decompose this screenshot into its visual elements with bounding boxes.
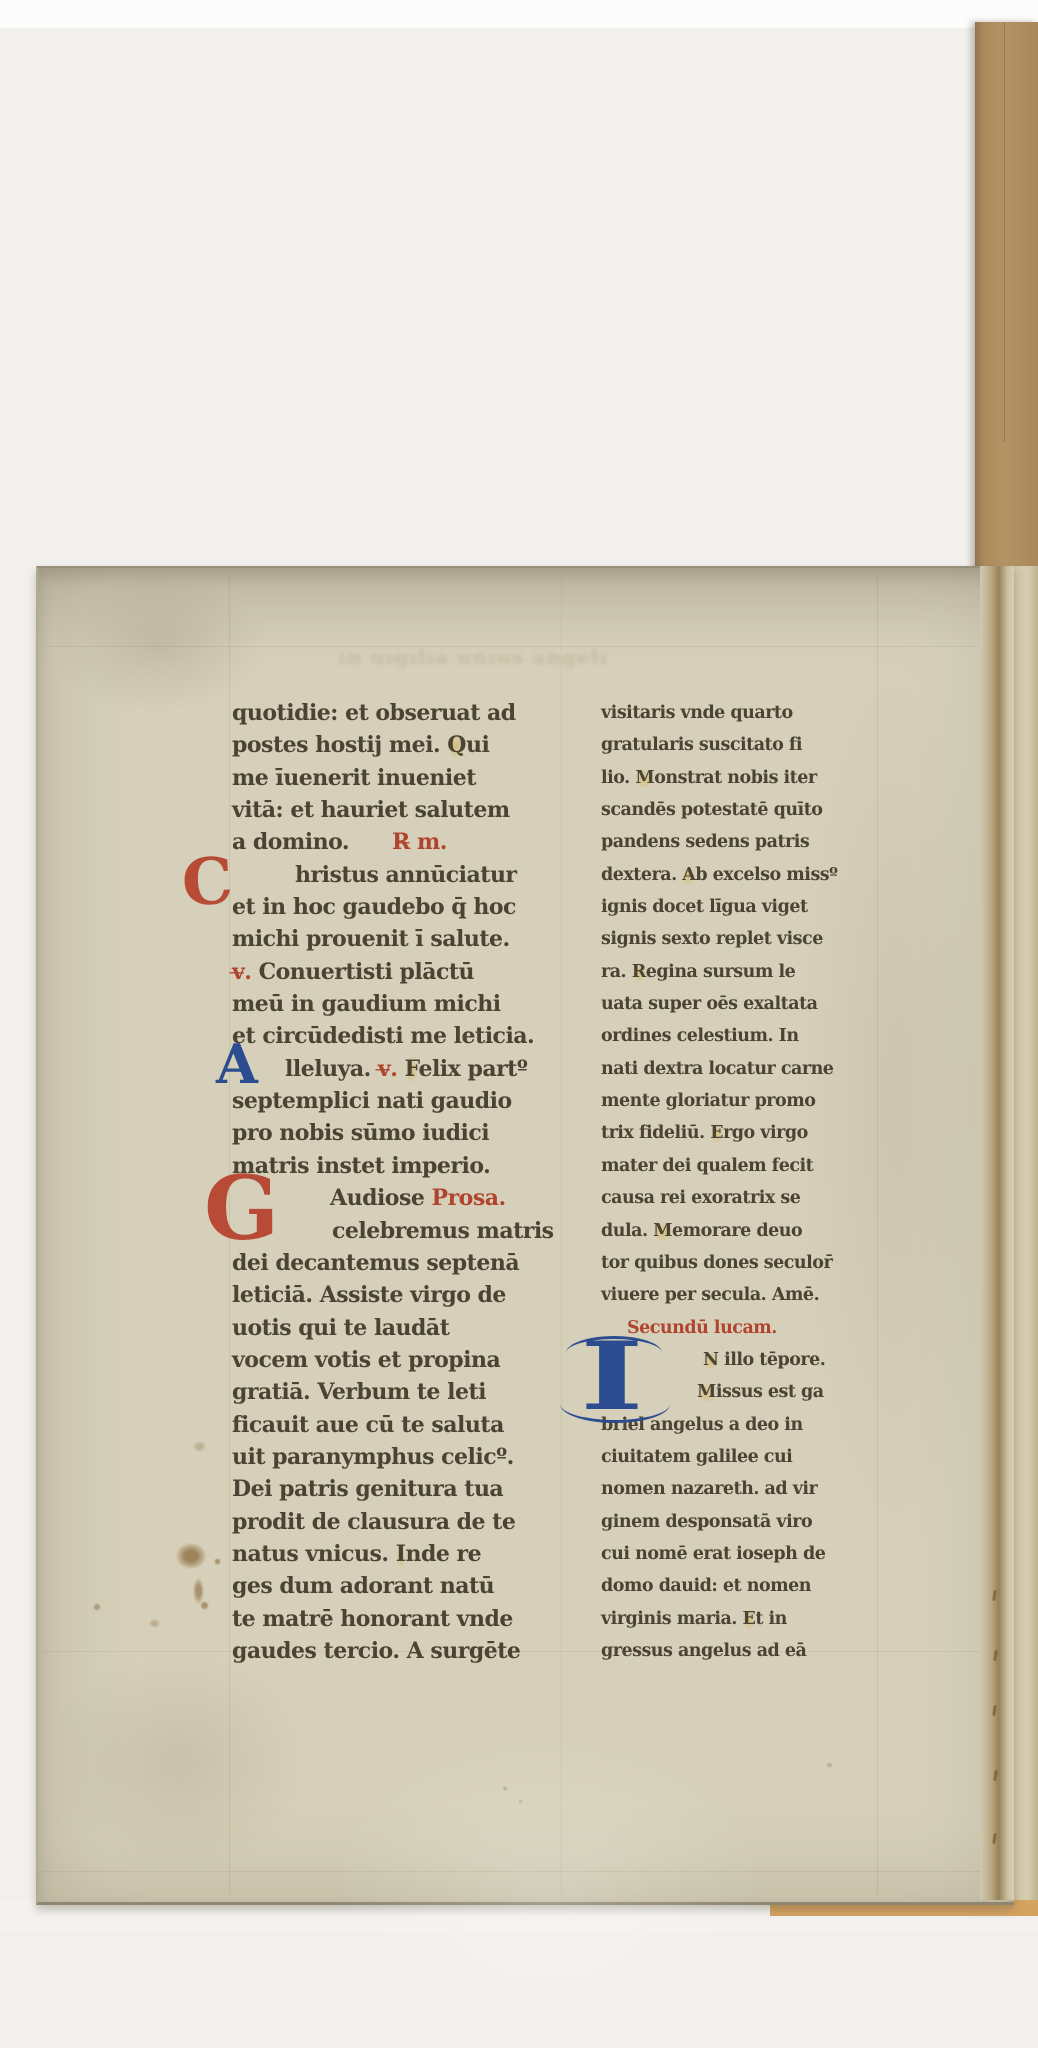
text-line: leticiā. Assiste virgo de	[232, 1279, 554, 1311]
text-line: viuere per secula. Amē.	[601, 1279, 837, 1311]
body-text: emorare deuo	[672, 1221, 802, 1241]
illuminated-initial-a: A	[216, 1037, 258, 1091]
manuscript-photo: ın uıgılıa unıus angelı quotidie: et obs…	[0, 0, 1038, 1932]
body-text: ui	[466, 732, 489, 758]
body-text: michi prouenit ī salute.	[232, 926, 510, 952]
text-line: lleluya. v̶. Felix partº	[232, 1053, 554, 1085]
body-text: te matrē honorant vnde	[232, 1606, 513, 1632]
body-text: gratularis suscitato fi	[601, 735, 802, 755]
text-line: ordines celestium. In	[601, 1020, 837, 1052]
rubric-text: v̶.	[378, 1056, 405, 1082]
parchment-mottle	[338, 1748, 758, 1932]
text-line: prodit de clausura de te	[232, 1506, 554, 1538]
text-line: dei decantemus septenā	[232, 1247, 554, 1279]
body-text: b excelso missº	[695, 865, 837, 885]
body-text: A	[682, 865, 695, 885]
text-line: gaudes tercio. A surgēte	[232, 1635, 554, 1667]
body-text: dula.	[601, 1221, 653, 1241]
text-line: ginem desponsatā viro	[601, 1506, 837, 1538]
body-text: signis sexto replet visce	[601, 929, 823, 949]
body-text: gaudes tercio. A surgēte	[232, 1638, 520, 1664]
body-text: domo dauid: et nomen	[601, 1576, 811, 1596]
body-text: septemplici nati gaudio	[232, 1088, 512, 1114]
body-text: M	[697, 1382, 716, 1402]
body-text: prodit de clausura de te	[232, 1509, 515, 1535]
illuminated-initial-g: G	[204, 1164, 279, 1252]
text-line: matris instet imperio.	[232, 1150, 554, 1182]
stitch	[993, 1650, 998, 1661]
text-line: dula. Memorare deuo	[601, 1215, 837, 1247]
text-line: domo dauid: et nomen	[601, 1570, 837, 1602]
body-text: leticiā. Assiste virgo de	[232, 1282, 506, 1308]
body-text: mente gloriatur promo	[601, 1091, 815, 1111]
body-text: egina sursum le	[646, 962, 795, 982]
stitch	[993, 1770, 998, 1781]
body-text: N	[703, 1350, 719, 1370]
text-line: Dei patris genitura tua	[232, 1473, 554, 1505]
body-text: natus vnicus.	[232, 1541, 396, 1567]
body-text: t in	[755, 1609, 787, 1629]
body-text: postes hostij mei.	[232, 732, 447, 758]
body-text: meū in gaudium michi	[232, 991, 501, 1017]
body-text: nde re	[405, 1541, 481, 1567]
body-text: illo tēpore.	[719, 1350, 826, 1370]
board-crack	[1004, 22, 1005, 442]
rubric-text: R̶ m.	[392, 829, 447, 855]
leaf-edges	[1012, 566, 1038, 1900]
body-text: viuere per secula. Amē.	[601, 1285, 819, 1305]
body-text: lio.	[601, 768, 635, 788]
body-text: gressus angelus ad eā	[601, 1641, 806, 1661]
rubric-text: Secundū lucam.	[627, 1318, 777, 1338]
parchment-mottle	[38, 568, 1014, 648]
bleedthrough-text: ın uıgılıa unıus angelı	[338, 645, 738, 669]
text-line: ges dum adorant natū	[232, 1570, 554, 1602]
body-text: cui nomē erat ioseph de	[601, 1544, 825, 1564]
body-text: F	[405, 1056, 419, 1082]
body-text: R	[632, 962, 646, 982]
body-text: E	[743, 1609, 756, 1629]
text-line: causa rei exoratrix se	[601, 1182, 837, 1214]
rubric-text: v̶.	[232, 959, 259, 985]
body-text: quotidie: et obseruat ad	[232, 700, 516, 726]
text-line: postes hostij mei. Qui	[232, 729, 554, 761]
text-line: scandēs potestatē quīto	[601, 794, 837, 826]
text-line: nati dextra locatur carne	[601, 1053, 837, 1085]
text-line: dextera. Ab excelso missº	[601, 859, 837, 891]
body-text: Audiose	[330, 1185, 432, 1211]
body-text: ficauit aue cū te saluta	[232, 1412, 504, 1438]
text-line: visitaris vnde quarto	[601, 697, 837, 729]
body-text: elix partº	[418, 1056, 527, 1082]
text-line: michi prouenit ī salute.	[232, 923, 554, 955]
text-line: te matrē honorant vnde	[232, 1603, 554, 1635]
body-text: ra.	[601, 962, 632, 982]
gutter-fold	[980, 566, 1014, 1900]
text-line: trix fideliū. Ergo virgo	[601, 1117, 837, 1149]
text-line: et circūdedisti me leticia.	[232, 1020, 554, 1052]
right-text-column: visitaris vnde quartogratularis suscitat…	[601, 697, 837, 1667]
text-line: gratularis suscitato fi	[601, 729, 837, 761]
body-text: vocem votis et propina	[232, 1347, 500, 1373]
stitch	[992, 1705, 997, 1716]
body-text: pro nobis sūmo iudici	[232, 1120, 489, 1146]
text-line: cui nomē erat ioseph de	[601, 1538, 837, 1570]
text-line: tor quibus dones seculor̄	[601, 1247, 837, 1279]
body-text: a domino.	[232, 829, 349, 855]
parchment-mottle	[48, 574, 268, 714]
text-line: natus vnicus. Inde re	[232, 1538, 554, 1570]
body-text: E	[710, 1123, 723, 1143]
body-text: vitā: et hauriet salutem	[232, 797, 510, 823]
text-line: virginis maria. Et in	[601, 1603, 837, 1635]
text-line: hristus annūciatur	[232, 859, 554, 891]
body-text: dextera.	[601, 865, 682, 885]
body-text: scandēs potestatē quīto	[601, 800, 822, 820]
body-text: uata super oēs exaltata	[601, 994, 818, 1014]
body-text: rgo virgo	[723, 1123, 808, 1143]
body-text: ges dum adorant natū	[232, 1573, 494, 1599]
text-line: uotis qui te laudāt	[232, 1312, 554, 1344]
body-text: nati dextra locatur carne	[601, 1059, 833, 1079]
text-line: gressus angelus ad eā	[601, 1635, 837, 1667]
body-text: onstrat nobis iter	[654, 768, 816, 788]
body-text: celebremus matris	[332, 1218, 554, 1244]
body-text: me īuenerit inueniet	[232, 765, 476, 791]
body-text	[349, 829, 392, 855]
text-line: mater dei qualem fecit	[601, 1150, 837, 1182]
body-text: Dei patris genitura tua	[232, 1476, 503, 1502]
body-text: mater dei qualem fecit	[601, 1156, 813, 1176]
stitch	[992, 1833, 997, 1844]
text-line: quotidie: et obseruat ad	[232, 697, 554, 729]
text-line: mente gloriatur promo	[601, 1085, 837, 1117]
backdrop-top-strip	[0, 0, 1038, 28]
text-line: uit paranymphus celicº.	[232, 1441, 554, 1473]
rubric-text: Prosa.	[432, 1185, 506, 1211]
text-line: septemplici nati gaudio	[232, 1085, 554, 1117]
text-line: ra. Regina sursum le	[601, 956, 837, 988]
body-text: uit paranymphus celicº.	[232, 1444, 514, 1470]
stitch	[992, 1590, 997, 1601]
text-line: uata super oēs exaltata	[601, 988, 837, 1020]
body-text: causa rei exoratrix se	[601, 1188, 800, 1208]
body-text: Conuertisti plāctū	[259, 959, 474, 985]
illuminated-initial-c: C	[180, 850, 234, 917]
text-line: Audiose Prosa.	[232, 1182, 554, 1214]
body-text: visitaris vnde quarto	[601, 703, 793, 723]
body-text: nomen nazareth. ad vir	[601, 1479, 817, 1499]
body-text: gratiā. Verbum te leti	[232, 1379, 486, 1405]
body-text: uotis qui te laudāt	[232, 1315, 449, 1341]
text-line: celebremus matris	[232, 1215, 554, 1247]
text-line: me īuenerit inueniet	[232, 762, 554, 794]
body-text: Q	[447, 732, 466, 758]
body-text: M	[635, 768, 654, 788]
text-line: nomen nazareth. ad vir	[601, 1473, 837, 1505]
body-text: et in hoc gaudebo q̄ hoc	[232, 894, 516, 920]
text-line: ficauit aue cū te saluta	[232, 1409, 554, 1441]
body-text: ginem desponsatā viro	[601, 1512, 812, 1532]
body-text: issus est ga	[716, 1382, 824, 1402]
body-text: et circūdedisti me leticia.	[232, 1023, 534, 1049]
body-text: M	[653, 1221, 672, 1241]
text-line: gratiā. Verbum te leti	[232, 1376, 554, 1408]
text-line: signis sexto replet visce	[601, 923, 837, 955]
body-text: pandens sedens patris	[601, 832, 809, 852]
left-text-column: quotidie: et obseruat adpostes hostij me…	[232, 697, 554, 1667]
text-line: v̶. Conuertisti plāctū	[232, 956, 554, 988]
body-text: virginis maria.	[601, 1609, 743, 1629]
text-line: pandens sedens patris	[601, 826, 837, 858]
text-line: lio. Monstrat nobis iter	[601, 762, 837, 794]
text-line: ciuitatem galilee cui	[601, 1441, 837, 1473]
text-line: vocem votis et propina	[232, 1344, 554, 1376]
body-text: ordines celestium. In	[601, 1026, 799, 1046]
text-line: meū in gaudium michi	[232, 988, 554, 1020]
body-text: hristus annūciatur	[295, 862, 517, 888]
text-line: et in hoc gaudebo q̄ hoc	[232, 891, 554, 923]
body-text: trix fideliū.	[601, 1123, 710, 1143]
text-line: a domino. R̶ m.	[232, 826, 554, 858]
body-text: ignis docet līgua viget	[601, 897, 808, 917]
body-text: I	[396, 1541, 406, 1567]
body-text: ciuitatem galilee cui	[601, 1447, 792, 1467]
text-line: vitā: et hauriet salutem	[232, 794, 554, 826]
body-text: tor quibus dones seculor̄	[601, 1253, 832, 1273]
text-line: ignis docet līgua viget	[601, 891, 837, 923]
parchment-mottle	[48, 1648, 308, 1878]
body-text: lleluya.	[285, 1056, 378, 1082]
text-line: pro nobis sūmo iudici	[232, 1117, 554, 1149]
